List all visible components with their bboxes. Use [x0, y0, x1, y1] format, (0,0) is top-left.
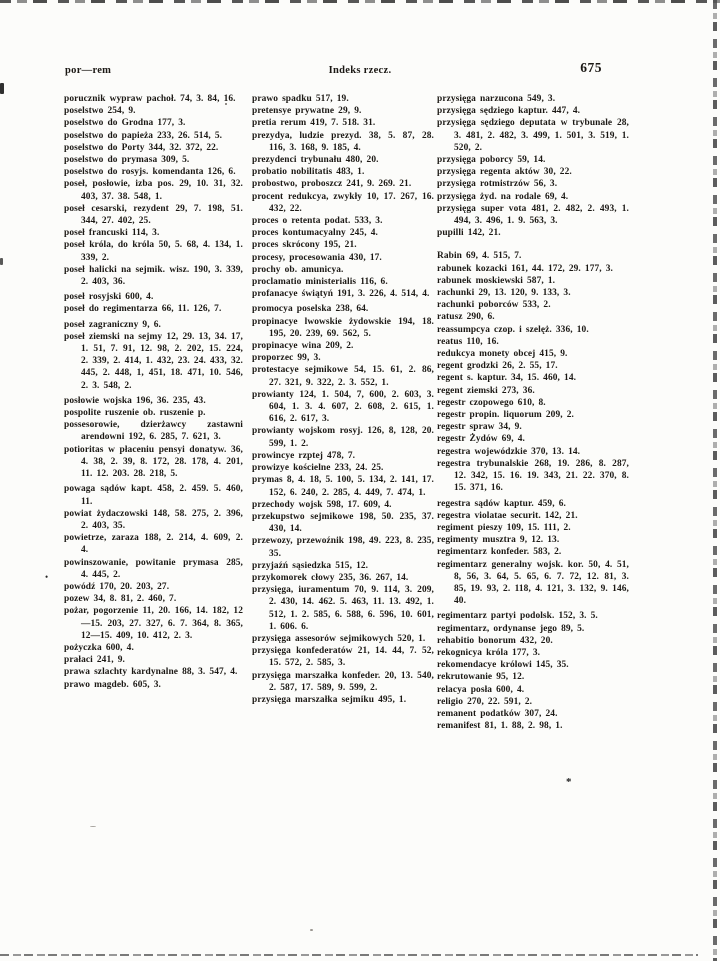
index-entry: przewozy, przewoźnik 198, 49. 223, 8. 23… [252, 535, 434, 559]
index-entry: poseł cesarski, rezydent 29, 7. 198, 51.… [64, 203, 243, 227]
index-entry: regestr propin. liquorum 209, 2. [437, 409, 629, 421]
index-entry: regestra sądów kaptur. 459, 6. [437, 498, 629, 510]
index-entry: regiment pieszy 109, 15. 111, 2. [437, 522, 629, 534]
index-entry: poseł, posłowie, izba pos. 29, 10. 31, 3… [64, 178, 243, 202]
margin-bullet-mark: • [45, 572, 48, 582]
index-entry: pozew 34, 8. 81, 2. 460, 7. [64, 593, 243, 605]
index-entry: poseł ziemski na sejmy 12, 29. 13, 34. 1… [64, 331, 243, 392]
index-entry: regimenty musztra 9, 12. 13. [437, 534, 629, 546]
index-entry: rekrutowanie 95, 12. [437, 671, 629, 683]
scan-edge-right-artifact [713, 0, 717, 961]
index-entry: proces kontumacyalny 245, 4. [252, 227, 434, 239]
index-entry: przykomorek cłowy 235, 36. 267, 14. [252, 572, 434, 584]
index-entry: porucznik wypraw pachoł. 74, 3. 84, 16. [64, 93, 243, 105]
index-entry: rekomendacye królowi 145, 35. [437, 659, 629, 671]
index-entry: przekupstwo sejmikowe 198, 50. 235, 37. … [252, 511, 434, 535]
index-entry: propinacye lwowskie żydowskie 194, 18. 1… [252, 316, 434, 340]
index-entry: przysięga narzucona 549, 3. [437, 93, 629, 105]
index-entry: przysięga sędziego kaptur. 447, 4. [437, 105, 629, 117]
index-entry: regestra wojewódzkie 370, 13. 14. [437, 446, 629, 458]
scan-speck [310, 929, 313, 931]
index-entry: regestr spraw 34, 9. [437, 421, 629, 433]
index-entry: poselstwo do Porty 344, 32. 372, 22. [64, 142, 243, 154]
index-entry: protestacye sejmikowe 54, 15. 61, 2. 86,… [252, 364, 434, 388]
index-entry: probostwo, proboszcz 241, 9. 269. 21. [252, 178, 434, 190]
index-entry: pupilli 142, 21. [437, 227, 629, 239]
index-entry: profanacye świątyń 191, 3. 226, 4. 514, … [252, 288, 434, 300]
index-entry: pożar, pogorzenie 11, 20. 166, 14. 182, … [64, 605, 243, 642]
index-entry: remanifest 81, 1. 88, 2. 98, 1. [437, 720, 629, 732]
index-column-3: przysięga narzucona 549, 3.przysięga sęd… [437, 93, 629, 732]
index-entry: przysięga poborcy 59, 14. [437, 154, 629, 166]
index-entry: reatus 110, 16. [437, 336, 629, 348]
index-column-1: porucznik wypraw pachoł. 74, 3. 84, 16.p… [64, 93, 243, 691]
index-entry: pretensye prywatne 29, 9. [252, 105, 434, 117]
index-entry: remanent podatków 307, 24. [437, 708, 629, 720]
running-header: por—rem Indeks rzecz. 675 [0, 62, 720, 78]
index-entry: Rabin 69, 4. 515, 7. [437, 250, 629, 262]
index-entry: poselstwo do Grodna 177, 3. [64, 117, 243, 129]
scan-margin-mark [0, 83, 4, 94]
header-index-title: Indeks rzecz. [0, 65, 720, 76]
index-entry: przysięga sędziego deputata w trybunale … [437, 117, 629, 154]
index-entry: przysięga żyd. na rodale 69, 4. [437, 191, 629, 203]
footer-asterisk-mark: * [566, 776, 572, 788]
page-number: 675 [540, 60, 602, 76]
index-entry: przysięga assesorów sejmikowych 520, 1. [252, 633, 434, 645]
index-entry: poseł króla, do króla 50, 5. 68, 4. 134,… [64, 239, 243, 263]
index-entry: regimentarz konfeder. 583, 2. [437, 546, 629, 558]
index-entry: poseł halicki na sejmik. wisz. 190, 3. 3… [64, 264, 243, 288]
index-entry: prawo spadku 517, 19. [252, 93, 434, 105]
index-entry: poseł francuski 114, 3. [64, 227, 243, 239]
index-entry: posłowie wojska 196, 36. 235, 43. [64, 395, 243, 407]
index-entry: przysięga rotmistrzów 56, 3. [437, 178, 629, 190]
index-entry: prowincye rzptej 478, 7. [252, 450, 434, 462]
index-entry: probatio nobilitatis 483, 1. [252, 166, 434, 178]
index-entry: poselstwo do prymasa 309, 5. [64, 154, 243, 166]
scan-speck [90, 826, 96, 827]
index-entry: poselstwo do rosyjs. komendanta 126, 6. [64, 166, 243, 178]
index-entry: regimentarz generalny wojsk. kor. 50, 4.… [437, 559, 629, 608]
index-entry: przysięga super vota 481, 2. 482, 2. 493… [437, 203, 629, 227]
index-entry: prowianty 124, 1. 504, 7, 600, 2. 603, 3… [252, 389, 434, 426]
index-entry: powiat żydaczowski 148, 58. 275, 2. 396,… [64, 508, 243, 532]
index-entry: rekognicya króla 177, 3. [437, 647, 629, 659]
index-entry: regent ziemski 273, 36. [437, 385, 629, 397]
index-entry: rabunek kozacki 161, 44. 172, 29. 177, 3… [437, 263, 629, 275]
index-entry: pospolite ruszenie ob. ruszenie p. [64, 407, 243, 419]
index-entry: proces skrócony 195, 21. [252, 239, 434, 251]
index-entry: przechody wojsk 598, 17. 609, 4. [252, 499, 434, 511]
index-entry: proclamatio ministerialis 116, 6. [252, 276, 434, 288]
index-entry: prawa szlachty kardynalne 88, 3. 547, 4. [64, 666, 243, 678]
index-entry: proces o retenta podat. 533, 3. [252, 215, 434, 227]
index-entry: procent redukcya, zwykły 10, 17. 267, 16… [252, 191, 434, 215]
index-entry: religio 270, 22. 591, 2. [437, 696, 629, 708]
index-entry: regent grodzki 26, 2. 55, 17. [437, 360, 629, 372]
index-entry: prowizye kościelne 233, 24. 25. [252, 462, 434, 474]
index-entry: ratusz 290, 6. [437, 311, 629, 323]
index-entry: regent s. kaptur. 34, 15. 460, 14. [437, 372, 629, 384]
index-entry: pretia rerum 419, 7. 518. 31. [252, 117, 434, 129]
index-entry: przyjaźń sąsiedzka 515, 12. [252, 560, 434, 572]
index-entry: poselstwo 254, 9. [64, 105, 243, 117]
index-entry: redukcya monety obcej 415, 9. [437, 348, 629, 360]
index-entry: prowianty wojskom rosyj. 126, 8, 128, 20… [252, 425, 434, 449]
scan-edge-top-artifact [0, 0, 720, 3]
index-entry: przysięga konfederatów 21, 14. 44, 7. 52… [252, 645, 434, 669]
index-entry: prymas 8, 4. 18, 5. 100, 5. 134, 2. 141,… [252, 474, 434, 498]
index-entry: przysięga regenta aktów 30, 22. [437, 166, 629, 178]
index-entry: possesorowie, dzierżawcy zastawni arendo… [64, 419, 243, 443]
index-entry: powódź 170, 20. 203, 27. [64, 581, 243, 593]
index-column-2: prawo spadku 517, 19.pretensye prywatne … [252, 93, 434, 706]
index-entry: procesy, procesowania 430, 17. [252, 252, 434, 264]
index-entry: prochy ob. amunicya. [252, 264, 434, 276]
index-entry: propinacye wina 209, 2. [252, 340, 434, 352]
index-entry: prezydenci trybunału 480, 20. [252, 154, 434, 166]
index-entry: rabunek moskiewski 587, 1. [437, 275, 629, 287]
index-entry: proporzec 99, 3. [252, 352, 434, 364]
index-entry: prałaci 241, 9. [64, 654, 243, 666]
index-entry: reassumpcya czop. i szelęż. 336, 10. [437, 324, 629, 336]
index-entry: poselstwo do papieża 233, 26. 514, 5. [64, 130, 243, 142]
index-entry: prezydya, ludzie prezyd. 38, 5. 87, 28. … [252, 130, 434, 154]
index-entry: promocya poselska 238, 64. [252, 303, 434, 315]
index-entry: regestr czopowego 610, 8. [437, 397, 629, 409]
index-entry: regestra trybunalskie 268, 19. 286, 8. 2… [437, 458, 629, 495]
index-entry: rachunki 29, 13. 120, 9. 133, 3. [437, 287, 629, 299]
scan-edge-bottom-artifact [0, 954, 698, 956]
scanned-index-page: por—rem Indeks rzecz. 675 porucznik wypr… [0, 0, 720, 961]
index-entry: powietrze, zaraza 188, 2. 214, 4. 609, 2… [64, 532, 243, 556]
index-entry: relacya posła 600, 4. [437, 684, 629, 696]
index-entry: przysięga, iuramentum 70, 9. 114, 3. 209… [252, 584, 434, 633]
index-entry: poseł do regimentarza 66, 11. 126, 7. [64, 303, 243, 315]
index-entry: pożyczka 600, 4. [64, 642, 243, 654]
index-entry: poseł rosyjski 600, 4. [64, 291, 243, 303]
index-entry: regimentarz partyi podolsk. 152, 3. 5. [437, 610, 629, 622]
index-entry: prawo magdeb. 605, 3. [64, 679, 243, 691]
index-entry: regimentarz, ordynanse jego 89, 5. [437, 623, 629, 635]
index-entry: potioritas w płaceniu pensyi donatyw. 36… [64, 444, 243, 481]
index-entry: regestr Żydów 69, 4. [437, 433, 629, 445]
index-entry: regestra violatae securit. 142, 21. [437, 510, 629, 522]
index-entry: powinszowanie, powitanie prymasa 285, 4.… [64, 557, 243, 581]
index-entry: poseł zagraniczny 9, 6. [64, 319, 243, 331]
index-entry: powaga sądów kapt. 458, 2. 459. 5. 460, … [64, 483, 243, 507]
index-entry: rachunki poborców 533, 2. [437, 299, 629, 311]
index-entry: przysięga marszałka sejmiku 495, 1. [252, 694, 434, 706]
index-entry: rehabitio bonorum 432, 20. [437, 635, 629, 647]
scan-margin-mark [0, 258, 3, 265]
index-entry: przysięga marszałka konfeder. 20, 13. 54… [252, 670, 434, 694]
